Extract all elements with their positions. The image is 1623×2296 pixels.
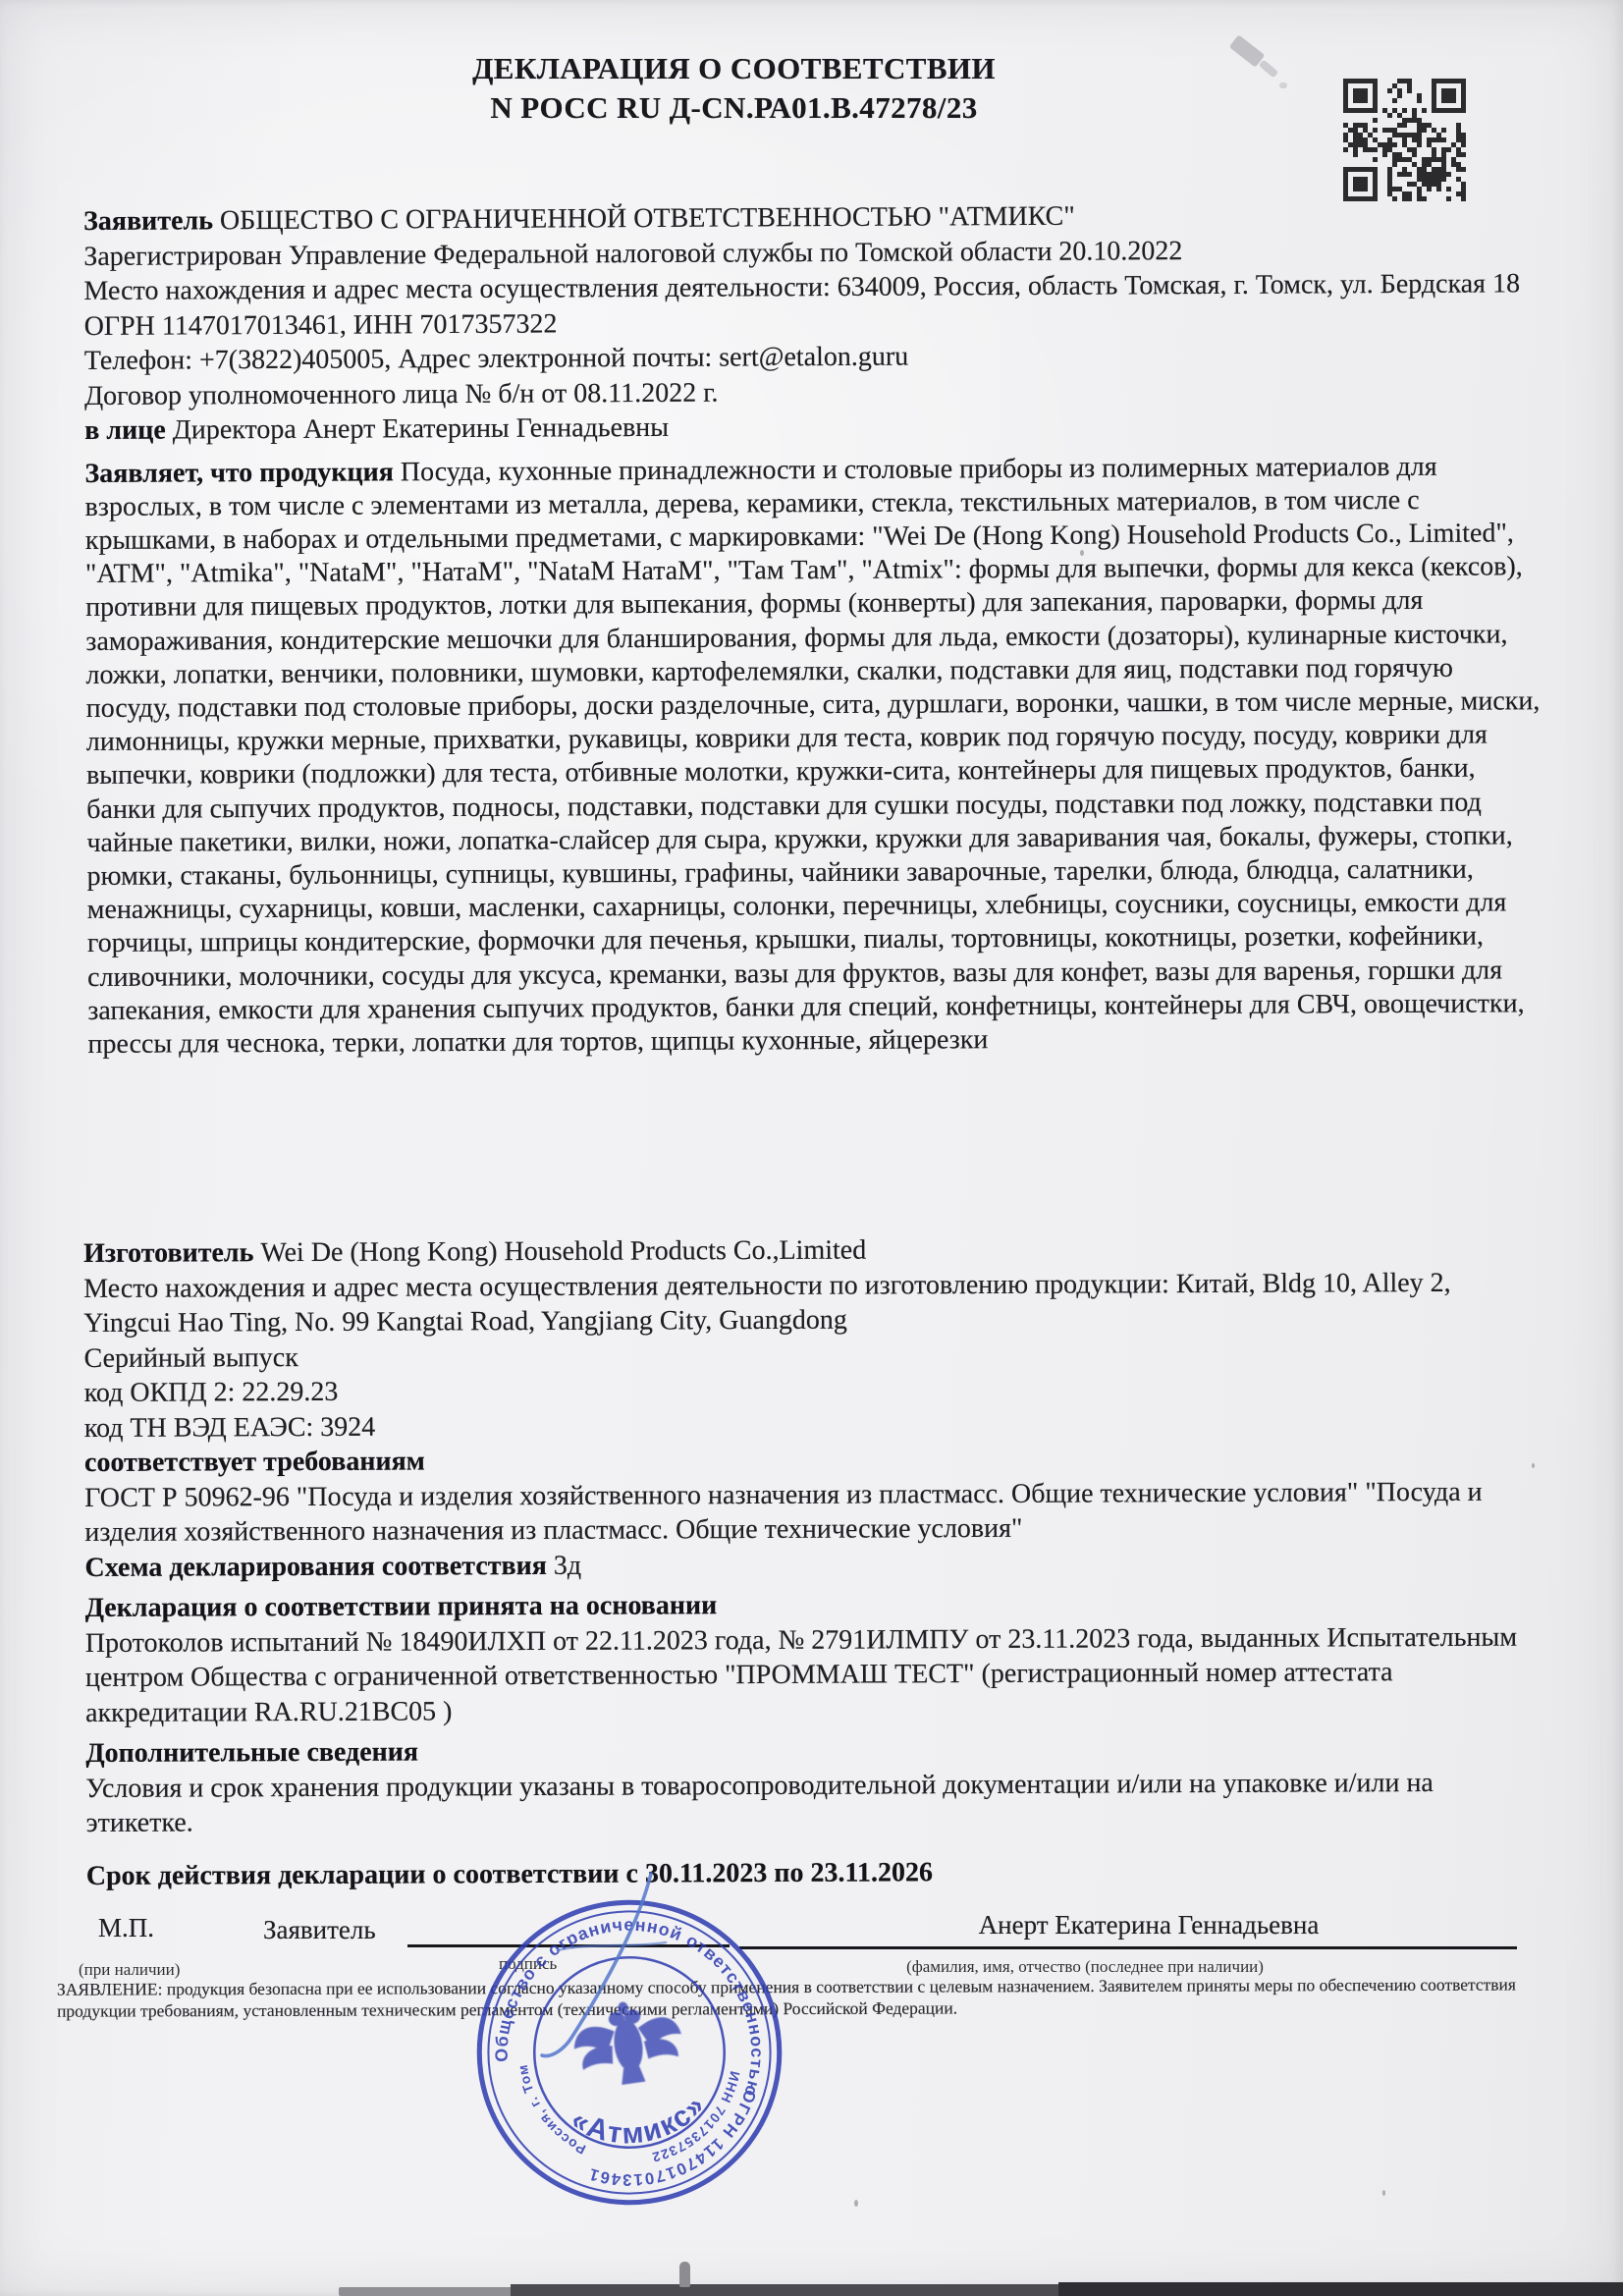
qr-code-svg [1343,79,1466,201]
scan-speck [1382,2190,1385,2196]
basis-protocols: Протоколов испытаний № 18490ИЛХП от 22.1… [85,1619,1540,1730]
scan-edge-artifact [679,2262,690,2287]
signature-applicant-label: Заявитель [263,1915,376,1945]
manufacturer-name: Wei De (Hong Kong) Household Products Co… [260,1235,866,1269]
signatory-name: Анерт Екатерина Геннадьевна [903,1910,1394,1941]
scan-speck [854,2200,858,2207]
applicant-in-person: в лице Директора Анерт Екатерины Геннадь… [84,406,1539,448]
title-line-2: N РОСС RU Д-CN.РА01.В.47278/23 [83,88,1384,128]
document-title: ДЕКЛАРАЦИЯ О СООТВЕТСТВИИ N РОСС RU Д-CN… [83,49,1384,128]
in-person-label: в лице [84,415,166,446]
footer-statement: ЗАЯВЛЕНИЕ: продукция безопасна при ее ис… [57,1973,1566,2021]
additional-text: Условия и срок хранения продукции указан… [85,1765,1540,1840]
scheme-value: 3д [554,1550,581,1580]
scheme-label: Схема декларирования соответствия [84,1550,547,1582]
product-description: Посуда, кухонные принадлежности и столов… [85,451,1541,1060]
qr-code-icon [1343,79,1466,201]
applicant-name: ОБЩЕСТВО С ОГРАНИЧЕННОЙ ОТВЕТСТВЕННОСТЬЮ… [220,201,1075,237]
compliance-scheme: Схема декларирования соответствия 3д [84,1544,1539,1585]
fio-line [739,1946,1517,1949]
scanned-document-page: ДЕКЛАРАЦИЯ О СООТВЕТСТВИИ N РОСС RU Д-CN… [0,0,1623,2296]
stamp-eagle-emblem [568,1995,687,2091]
in-person-value: Директора Анерт Екатерины Геннадьевны [173,412,669,446]
product-label: Заявляет, что продукция [84,457,394,489]
product-declaration: Заявляет, что продукция Посуда, кухонные… [84,450,1542,1062]
scan-smudge [1279,82,1287,88]
manufacturer-address: Место нахождения и адрес места осуществл… [83,1265,1538,1340]
company-stamp: Общество с ограниченной ответственностью… [464,1887,794,2217]
document-body-upper: Заявитель ОБЩЕСТВО С ОГРАНИЧЕННОЙ ОТВЕТС… [83,196,1542,1062]
scan-edge-artifact [511,2284,1060,2296]
scan-edge-artifact [1058,2282,1623,2296]
stamp-place-note: (при наличии) [79,1960,180,1980]
scan-edge-artifact [339,2287,515,2296]
applicant-label: Заявитель [83,205,213,237]
manufacturer-label: Изготовитель [83,1237,253,1269]
stamp-place-label: М.П. [98,1913,154,1943]
document-body-lower: Изготовитель Wei De (Hong Kong) Househol… [83,1230,1541,1893]
title-line-1: ДЕКЛАРАЦИЯ О СООТВЕТСТВИИ [83,49,1384,88]
validity-line: Срок действия декларации о соответствии … [86,1852,1541,1893]
compliance-standard: ГОСТ Р 50962-96 "Посуда и изделия хозяйс… [84,1474,1539,1550]
